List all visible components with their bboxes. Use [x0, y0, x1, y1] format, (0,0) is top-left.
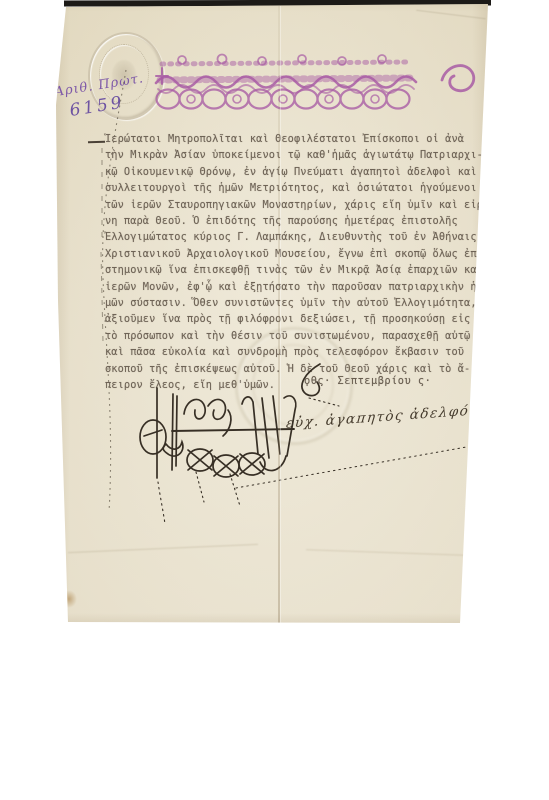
body-line: Χριστιανικοῦ Ἀρχαιολογικοῦ Μουσείου, ἔγν…	[105, 246, 471, 262]
center-fold-crease	[278, 6, 280, 623]
body-line: μῶν σύστασιν. Ὅθεν συνιστῶντες ὑμῖν τὴν …	[105, 295, 471, 311]
body-line: τὴν Μικρὰν Ἀσίαν ὑποκείμενοι τῷ καθ'ἡμᾶς…	[105, 147, 471, 163]
scanned-letter-page: Ἀριθ. Πρωτ. 6159 Ἱερώτατοι Μητροπολῖται …	[0, 0, 549, 800]
body-line: τῶν ἱερῶν Σταυροπηγιακῶν Μοναστηρίων, χά…	[105, 197, 471, 213]
paper-stain	[61, 590, 77, 608]
body-line: Ἐλλογιμώτατος κύριος Γ. Λαμπάκης, Διευθυ…	[105, 229, 471, 245]
body-line: συλλειτουργοὶ τῆς ἡμῶν Μετριότητος, καὶ …	[105, 180, 471, 196]
letter-paper: Ἀριθ. Πρωτ. 6159 Ἱερώτατοι Μητροπολῖται …	[56, 0, 490, 627]
body-line: κῷ Οἰκουμενικῷ Θρόνῳ, ἐν ἁγίῳ Πνεύματι ἀ…	[105, 164, 471, 180]
body-line: στημονικῷ ἵνα ἐπισκεφθῇ τινὰς τῶν ἐν Μικ…	[105, 262, 471, 278]
body-line: Ἱερώτατοι Μητροπολῖται καὶ Θεοφιλέστατοι…	[105, 131, 471, 147]
scanned-document: Ἀριθ. Πρωτ. 6159 Ἱερώτατοι Μητροπολῖται …	[56, 0, 490, 630]
body-line: ἱερῶν Μονῶν, ἐφ'ᾧ καὶ ἐξῃτήσατο τὴν παρο…	[105, 279, 471, 295]
body-line: ἀξιοῦμεν ἵνα πρὸς τῇ φιλόφρονι δεξιώσει,…	[105, 311, 471, 327]
body-line: νη παρὰ Θεοῦ. Ὁ ἐπιδότης τῆς παρούσης ἡμ…	[105, 213, 471, 229]
patriarch-signature-monogram	[136, 352, 536, 572]
